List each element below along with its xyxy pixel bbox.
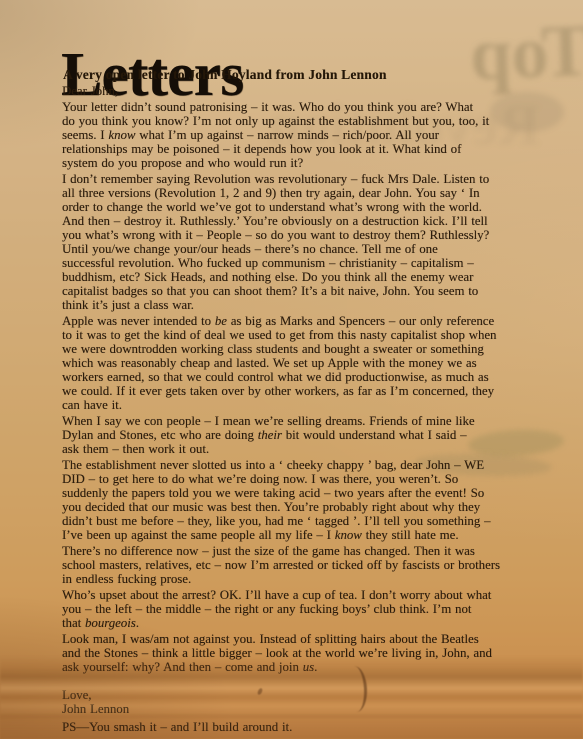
letter-paragraph: The establishment never slotted us into …	[62, 458, 566, 542]
letter-paragraph: Apple was never intended to be as big as…	[62, 314, 566, 412]
letter-paragraph: I don’t remember saying Revolution was r…	[62, 172, 566, 312]
closing: Love,	[62, 688, 566, 702]
letter-paragraph: Your letter didn’t sound patronising – i…	[62, 100, 566, 170]
letter-paragraph: Who’s upset about the arrest? OK. I’ll h…	[62, 588, 566, 630]
signature: John Lennon	[62, 702, 566, 716]
letter-paragraph: Look man, I was/am not against you. Inst…	[62, 632, 566, 674]
letter-paragraphs: Your letter didn’t sound patronising – i…	[62, 100, 566, 674]
letter-paragraph: When I say we con people – I mean we’re …	[62, 414, 566, 456]
scanned-letter-page: Revolution Top Letters A very open lette…	[0, 0, 583, 739]
salutation: Dear John,	[62, 84, 566, 98]
letter-subtitle: A very open letter to John Hoyland from …	[63, 67, 387, 83]
postscript: PS—You smash it – and I’ll build around …	[62, 720, 566, 734]
letter-paragraph: There’s no difference now – just the siz…	[62, 544, 566, 586]
letter-body: Dear John, Your letter didn’t sound patr…	[62, 84, 566, 734]
signoff-block: Love, John Lennon	[62, 688, 566, 716]
